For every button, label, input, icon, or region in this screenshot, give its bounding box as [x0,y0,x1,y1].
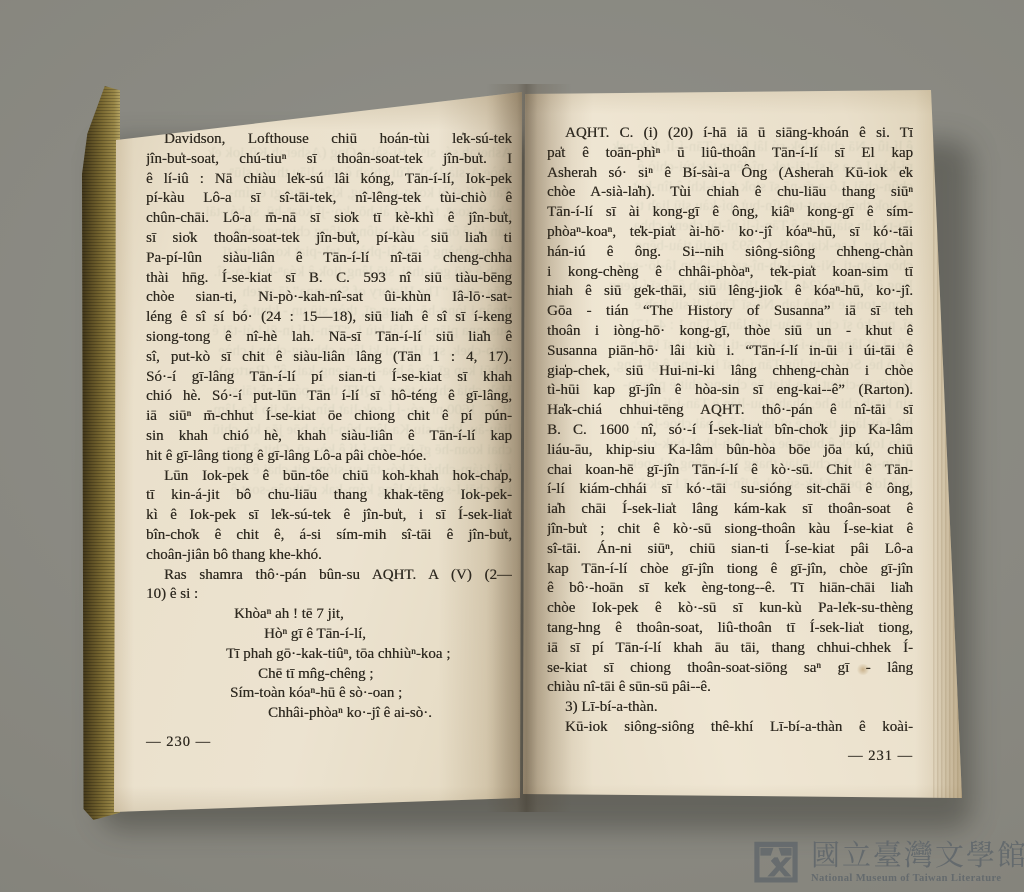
text-line: kap Tān-í-lí chòe gī-jîn tiong ê gī-jîn,… [547,560,913,580]
text-line: chòe Iok-pek ê kò·-sū sī kun-kù Pa-le̍k-… [547,599,913,619]
text-line: pa̍t ê toān-phìⁿ ū liû-thoân Tān-í-lí sī… [547,144,913,164]
text-line: chûn-chāi. Lô-a m̄-nā sī sio̍k tī kè-khì… [146,209,512,229]
text-line: siong-tong ê nî-hè lah. Nā-sī Tān-í-lí s… [146,328,512,348]
text-line: ê bô·-hoān sī ke̍k èng-tong--ê. Tī hiān-… [547,579,913,599]
text-line: sin khah chió hè, khah siàu-liân ê Tān-í… [146,427,512,447]
text-line: B. C. 1600 nî, só·-í Í-sek-lia̍t bîn-cho… [547,421,913,441]
text-line: phòaⁿ-koaⁿ, te̍k-pia̍t ài-hō· ko·-jî kóa… [547,223,913,243]
text-line: jîn-bu̍t ; chit ê kò·-sū siong-thoân kàu… [547,520,913,540]
text-line: pí-kàu Lô-a sī sî-tāi-tek, nî-lêng-tek t… [146,189,512,209]
text-line: sî-tāi. Án-ni siūⁿ, chiū sian-ti Í-se-ki… [547,540,913,560]
text-line: liáu-āu, khip-siu Ka-lâm bûn-hòa bōe jōa… [547,441,913,461]
text-line: AQHT. C. (i) (20) í-hā iā ū siāng-khoán … [547,124,913,144]
text-line: Gōa - tián “The History of Susanna” iā s… [547,302,913,322]
text-line: chai koan-hē gī-jîn Tān-í-lí ê kò·-sū. C… [547,461,913,481]
watermark-title-en: National Museum of Taiwan Literature [811,873,1024,884]
text-line: Chē tī mn̂g-chêng ; [258,665,512,685]
text-line: Susanna piān-hō· lâi kiù i. “Tān-í-lí in… [547,342,913,362]
text-line: Tī phah gō·-kak-tiûⁿ, tōa chhiùⁿ-koa ; [226,645,512,665]
page-number-right: — 231 — [547,748,913,765]
text-line: Khòaⁿ ah ! tē 7 jit, [234,605,512,625]
text-line: hit ê gī-lâng tiong ê gī-lâng Lô-a pâi c… [146,447,512,467]
text-line: chió hè. Só·-í put-lūn Tān í-lí sī hô-té… [146,387,512,407]
text-line: tī kin-á-jit bô chu-liāu thang khak-tēng… [146,486,512,506]
text-line: i kong-chèng ê chhâi-phòaⁿ, te̍k-pia̍t k… [547,263,913,283]
text-line: tì-hūi kap gī-jîn ê hòa-sin sī eng-kai--… [547,381,913,401]
text-line: chòe A-sià-la̍h). Tùi chiah ê chu-liāu t… [547,183,913,203]
text-line: kì ê Iok-pek sī le̍k-sú-tek ê jîn-bu̍t, … [146,506,512,526]
text-line: í-lí kiám-chhái sī kó·-tāi su-sióng sit-… [547,480,913,500]
text-block: Davidson, Lofthouse chiū hoán-tùi le̍k-s… [146,130,512,724]
text-line: chòe sian-ti, Ni-pò·-kah-nî-sat ûi-khùn … [146,288,512,308]
page-number-left: — 230 — [146,734,211,751]
text-line: Davidson, Lofthouse chiū hoán-tùi le̍k-s… [146,130,512,150]
text-line: Chhâi-phòaⁿ ko·-jî ê ai-sò·. [268,704,512,724]
text-line: Pa-pí-lûn siàu-liân ê Tān-í-lí nî-tāi ch… [146,249,512,269]
watermark-title-zh: 國立臺灣文學館 [811,840,1024,872]
text-line: thoân i iòng-hō· kong-gī, thòe siū un - … [547,322,913,342]
text-line: 3) Lī-bí-a-thàn. [547,698,913,718]
text-line: hán-iú ê ông. Si--nih siông-siông chheng… [547,243,913,263]
nmtl-logo-icon [750,834,802,891]
foxing-stain [856,664,870,675]
text-line: léng ê sî sí bó· (24 : 15—18), siū lia̍h… [146,308,512,328]
text-line: choân-jiân bô thang khe-khó. [146,546,512,566]
text-line: Asherah só· siⁿ ê Bí-sài-a Ông (Asherah … [547,164,913,184]
text-line: 10) ê si : [146,585,512,605]
text-line: sî, put-kò sī chit ê siàu-liân lâng (Tān… [146,348,512,368]
text-line: ia̍h chāi Í-sek-lia̍t lâng kám-kak sī th… [547,500,913,520]
book-fore-edge-left [82,86,120,820]
text-line: Lūn Iok-pek ê būn-tôe chiū koh-khah hok-… [146,467,512,487]
text-line: chiàu nî-tāi ê sūn-sū pâi--ê. [547,678,913,698]
text-line: hiah ê siū ge̍k-thāi, siū lêng-jio̍k ê k… [547,282,913,302]
watermark: 國立臺灣文學館 National Museum of Taiwan Litera… [750,832,1024,892]
text-line: Só·-í gī-lâng Tān-í-lí pí sian-ti Í-se-k… [146,368,512,388]
text-line: ê lí-iû : Nā chiàu le̍k-sú lâi kóng, Tān… [146,170,512,190]
text-line: Tān-í-lí sī ài kong-gī ê ông, kiâⁿ kong-… [547,203,913,223]
left-page: Asherah só· siⁿ ê Bí-sài-a Ông (Asherah … [104,86,522,816]
text-line: Hòⁿ gī ê Tān-í-lí, [264,625,512,645]
text-line: jîn-bu̍t-soat, chú-tiuⁿ sī thoân-soat-te… [146,150,512,170]
watermark-text: 國立臺灣文學館 National Museum of Taiwan Litera… [811,840,1024,884]
text-line: thài hn̄g. Í-se-kiat sī B. C. 593 nî siū… [146,269,512,289]
text-line: Kū-iok siông-siông thê-khí Lī-bí-a-thàn … [547,718,913,738]
text-line: iā siūⁿ m̄-chhut Í-se-kiat ōe chiong chi… [146,407,512,427]
text-line: iā sī pí Tān-í-lí khah āu tāi, thang chh… [547,639,913,659]
text-line: bîn-cho̍k ê chit ê, á-si sím-mih sî-tāi … [146,526,512,546]
right-page: ê lí-iû : Nā chiàu le̍k-sú lâi kóng, Tān… [521,82,963,810]
text-line: Ras shamra thô·-pán bûn-su AQHT. A (V) (… [146,566,512,586]
book-scan-scene: Asherah só· siⁿ ê Bí-sài-a Ông (Asherah … [0,0,1024,892]
text-block: AQHT. C. (i) (20) í-hā iā ū siāng-khoán … [547,124,913,738]
text-line: Sím-toàn kóaⁿ-hū ê sò·-oan ; [230,684,512,704]
text-line: sī sio̍k thoân-soat-tek jîn-bu̍t, pí-kàu… [146,229,512,249]
text-line: Ha̍k-chiá chhui-tēng AQHT. thô·-pán ê nî… [547,401,913,421]
text-line: gia̍p-chek, siū Hui-ni-ki lâng chheng-ch… [547,362,913,382]
text-line: tang-hng ê thoân-soat, liû-thoân tī Í-se… [547,619,913,639]
